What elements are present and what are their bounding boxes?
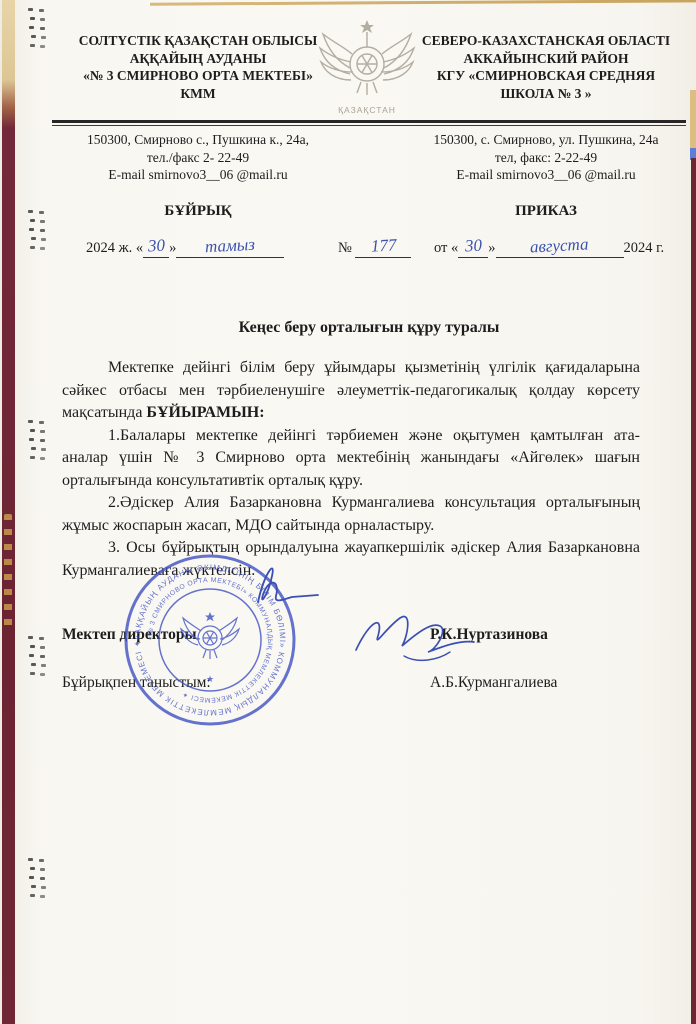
date-month-blank: тамыз <box>176 237 284 258</box>
order-subject-title: Кеңес беру орталығын құру туралы <box>52 319 686 337</box>
order-title-russian: ПРИКАЗ <box>402 203 690 220</box>
order-body: Мектепке дейінгі білім беру ұйымдары қыз… <box>62 357 640 582</box>
address-line: тел, факс: 2-22-49 <box>402 149 690 167</box>
binder-perforation-marks <box>28 210 33 213</box>
address-line: 150300, с. Смирново, ул. Пушкина, 24а <box>402 131 690 149</box>
number-blank: 177 <box>355 237 411 258</box>
org-name-russian: СЕВЕРО-КАЗАХСТАНСКАЯ ОБЛАСТІ АККАЙЫНСКИЙ… <box>402 32 690 102</box>
handwritten-month: августа <box>530 234 590 257</box>
stamp-star: ★ <box>206 674 214 684</box>
order-title-kazakh: БҰЙРЫҚ <box>52 203 344 220</box>
contact-block: 150300, Смирново с., Пушкина к., 24а, те… <box>52 131 686 185</box>
org-line: АҚҚАЙЫҢ АУДАНЫ <box>52 50 344 68</box>
handwritten-day: 30 <box>464 236 482 257</box>
org-line: АККАЙЫНСКИЙ РАЙОН <box>402 50 690 68</box>
binder-perforation-marks <box>28 636 33 639</box>
org-line: «№ 3 СМИРНОВО ОРТА МЕКТЕБІ» <box>52 67 344 85</box>
org-line: КММ <box>52 85 344 103</box>
order-heading: БҰЙРЫҚ ПРИКАЗ <box>52 203 686 221</box>
binder-spine-gold-text <box>4 514 12 632</box>
date-day-blank: 30 <box>143 237 169 258</box>
letterhead-divider-thin <box>52 125 686 126</box>
scan-top-edge <box>150 0 696 6</box>
binder-perforation-marks <box>28 8 33 11</box>
binder-spine-right <box>691 158 696 1024</box>
handwritten-number: 177 <box>370 235 397 256</box>
scanned-order-document: СОЛТҮСТІК ҚАЗАҚСТАН ОБЛЫСЫ АҚҚАЙЫҢ АУДАН… <box>0 0 696 1024</box>
order-date-russian: от «30»августа2024 г. <box>434 237 664 258</box>
number-sign: № <box>338 240 352 256</box>
address-line: 150300, Смирново с., Пушкина к., 24а, <box>52 131 344 149</box>
binder-perforation-marks <box>28 420 33 423</box>
order-item-2: 2.Әдіскер Алия Базаркановна Курмангалиев… <box>62 492 640 537</box>
date-year: 2024 г. <box>624 240 665 256</box>
binder-spine-left <box>2 0 15 1024</box>
binder-perforation-marks <box>28 858 33 861</box>
address-line: тел./факс 2- 22-49 <box>52 149 344 167</box>
date-close-quote: » <box>488 240 495 256</box>
date-prefix: от « <box>434 240 458 256</box>
letterhead-divider-thick <box>52 120 686 123</box>
order-item-1: 1.Балалары мектепке дейінгі тәрбиемен жә… <box>62 425 640 493</box>
handwritten-month: тамыз <box>205 235 256 258</box>
org-line: СОЛТҮСТІК ҚАЗАҚСТАН ОБЛЫСЫ <box>52 32 344 50</box>
org-line: КГУ «СМИРНОВСКАЯ СРЕДНЯЯ <box>402 67 690 85</box>
date-day-blank: 30 <box>458 237 488 258</box>
address-russian: 150300, с. Смирново, ул. Пушкина, 24а те… <box>402 131 690 184</box>
handwritten-day: 30 <box>147 236 165 257</box>
emblem-caption: ҚАЗАҚСТАН <box>338 105 396 115</box>
letterhead: СОЛТҮСТІК ҚАЗАҚСТАН ОБЛЫСЫ АҚҚАЙЫҢ АУДАН… <box>52 30 686 120</box>
address-line: E-mail smirnovo3__06 @mail.ru <box>52 166 344 184</box>
intro-paragraph: Мектепке дейінгі білім беру ұйымдары қыз… <box>62 357 640 425</box>
org-name-kazakh: СОЛТҮСТІК ҚАЗАҚСТАН ОБЛЫСЫ АҚҚАЙЫҢ АУДАН… <box>52 32 344 102</box>
address-kazakh: 150300, Смирново с., Пушкина к., 24а, те… <box>52 131 344 184</box>
date-close-quote: » <box>169 240 176 256</box>
order-date-number-row: 2024 ж. «30»тамыз № 177 от «30»августа20… <box>52 231 686 271</box>
acknowledged-autograph <box>348 600 483 677</box>
order-date-kazakh: 2024 ж. «30»тамыз <box>86 237 284 258</box>
date-prefix: 2024 ж. « <box>86 240 143 256</box>
org-line: ШКОЛА № 3 » <box>402 85 690 103</box>
director-autograph <box>228 552 328 623</box>
decree-word: БҰЙЫРАМЫН: <box>146 404 264 421</box>
address-line: E-mail smirnovo3__06 @mail.ru <box>402 166 690 184</box>
org-line: СЕВЕРО-КАЗАХСТАНСКАЯ ОБЛАСТІ <box>402 32 690 50</box>
order-number: № 177 <box>338 237 411 258</box>
date-month-blank: августа <box>496 237 624 258</box>
